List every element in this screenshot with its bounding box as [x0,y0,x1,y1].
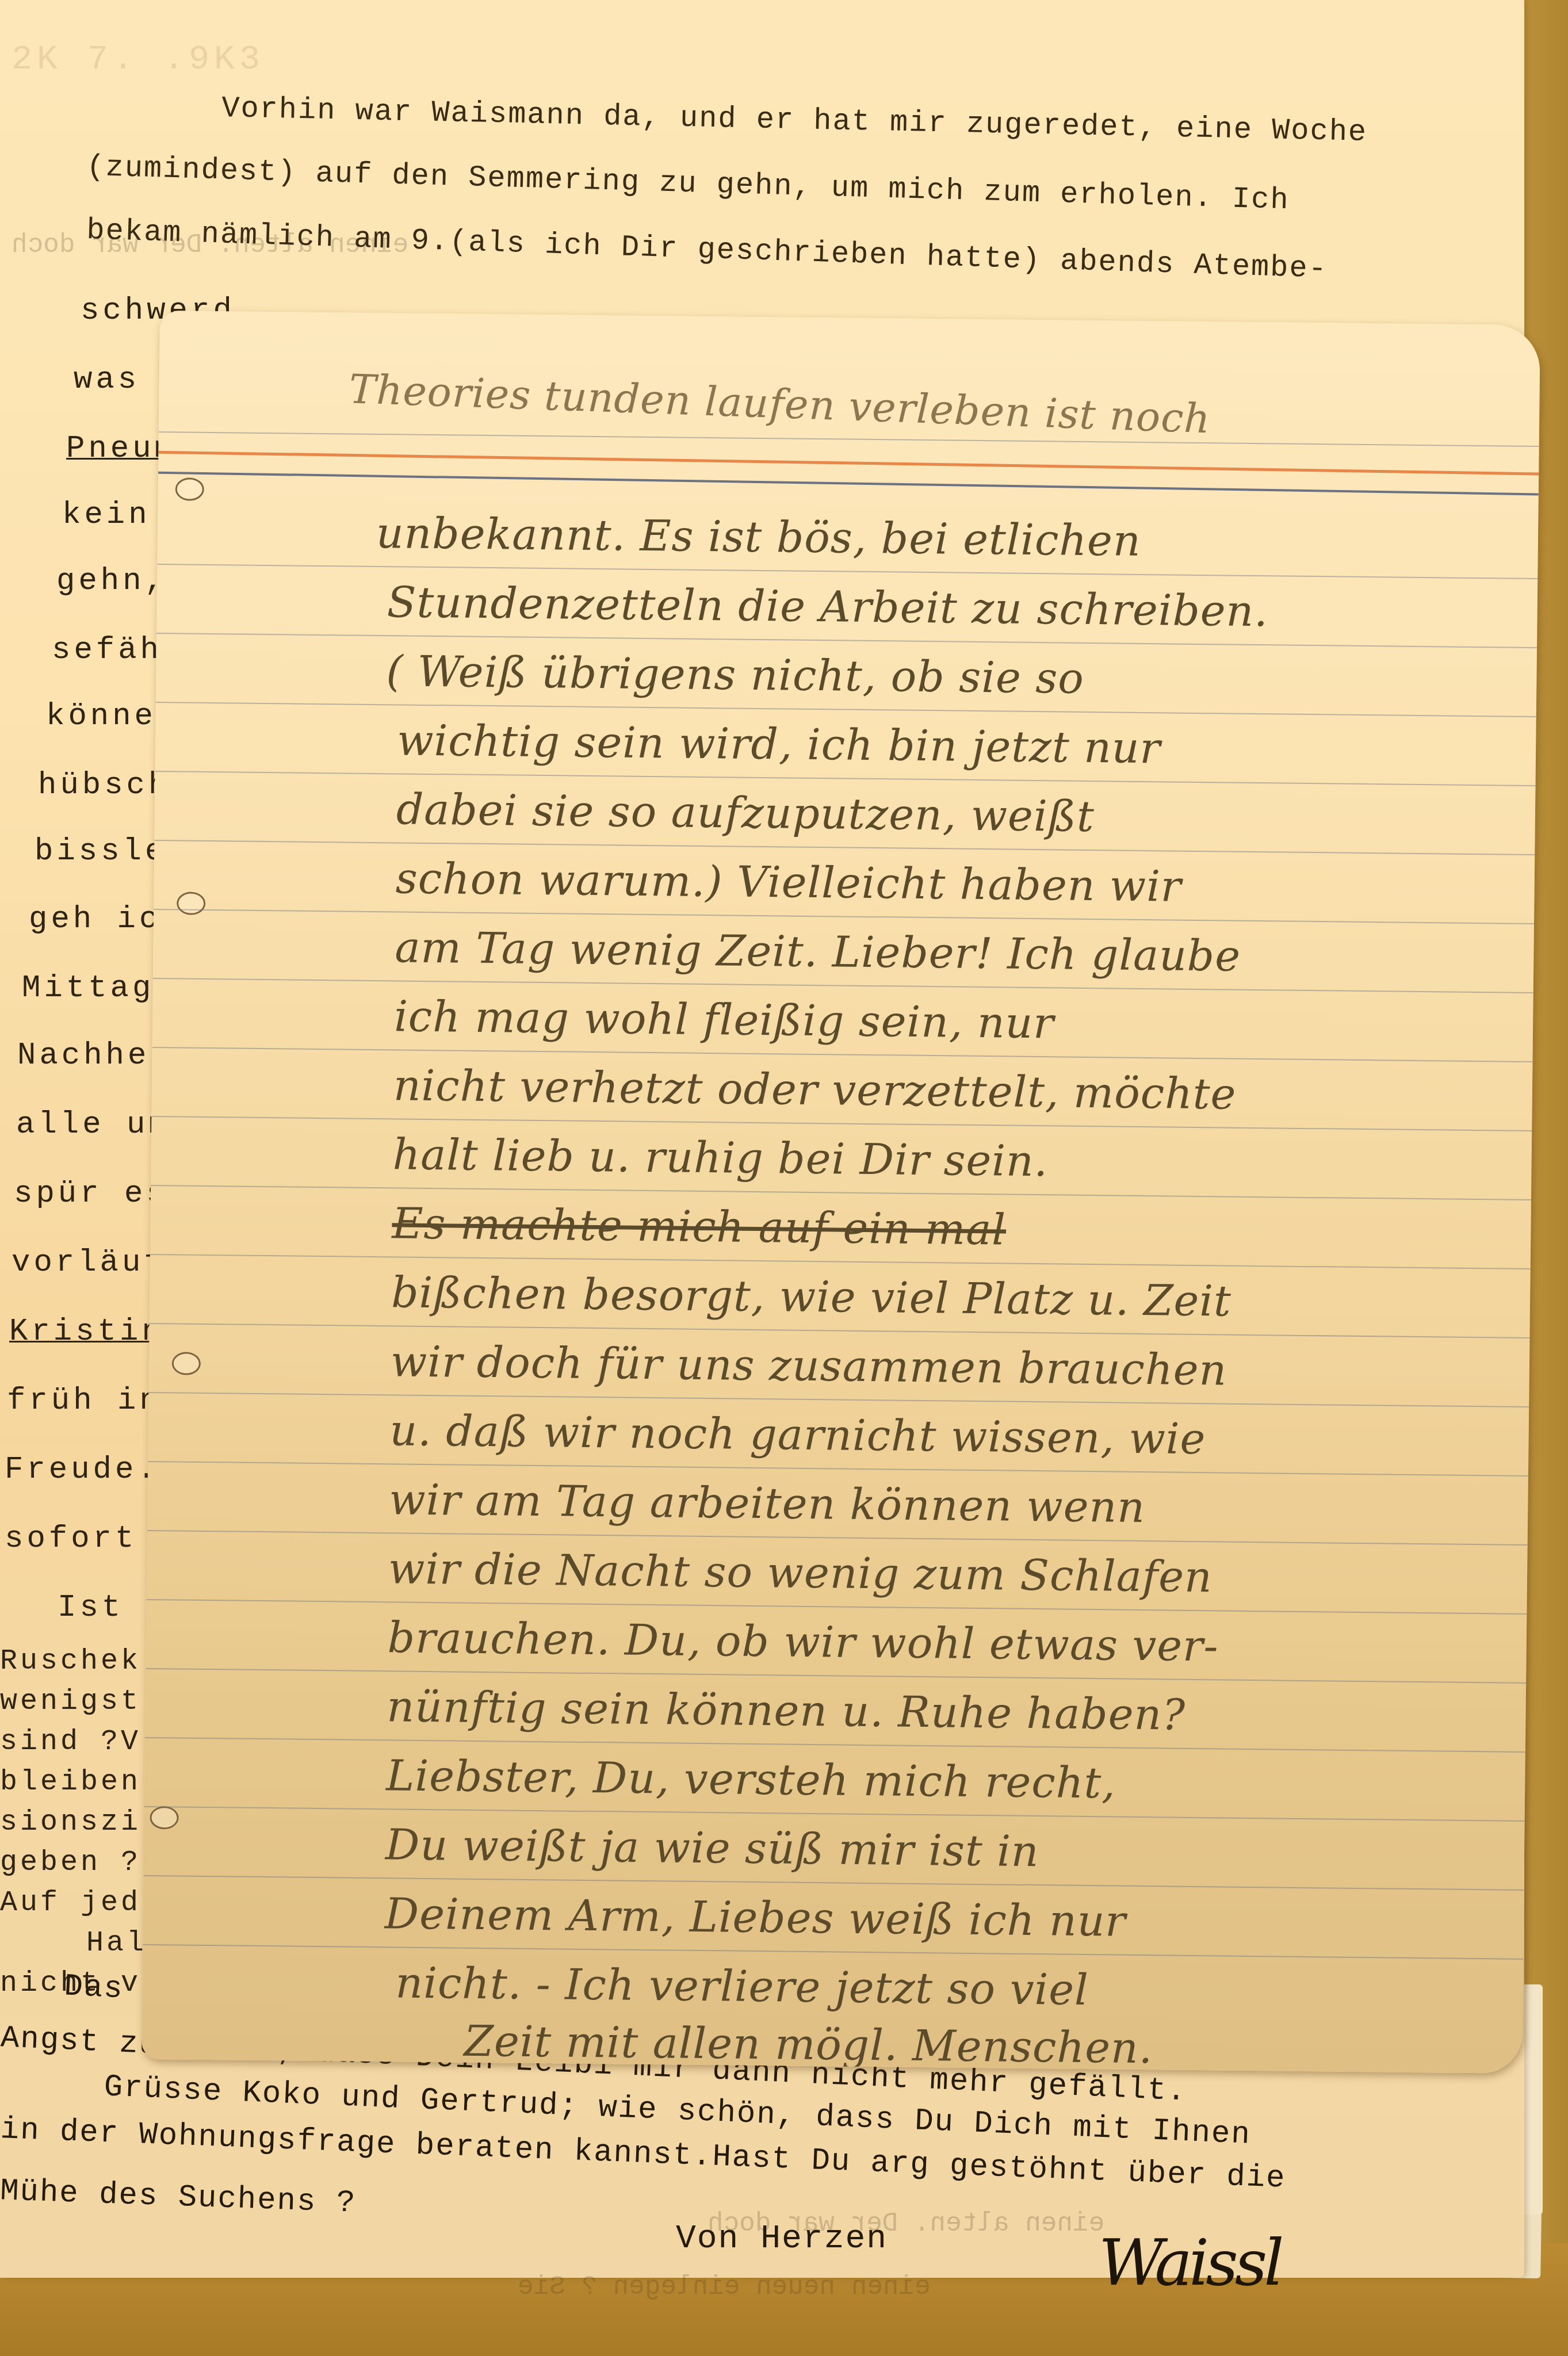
card-rule [144,1806,1525,1822]
card-line-3: ( Weiß übrigens nicht, ob sie so [386,647,1084,703]
typed-bottom-line-5: Mühe des Suchens ? [0,2174,357,2221]
card-line-7: am Tag wenig Zeit. Lieber! Ich glaube [395,923,1241,981]
left-fragment: Nachher [17,1038,172,1073]
card-line-21: Deinem Arm, Liebes weiß ich nur [384,1889,1126,1946]
left-fragment: Ruschek [0,1645,141,1678]
card-line-8: ich mag wohl fleißig sein, nur [394,992,1054,1048]
card-rule [148,1461,1528,1477]
left-fragment: hübsch [38,768,170,803]
left-fragment: wenigst [0,1685,141,1718]
left-fragment: sionszi [0,1806,141,1839]
typed-line-2-text: (zumindest) auf den Semmering zu gehn, u… [86,150,1290,217]
card-line-13: wir doch für uns zusammen brauchen [390,1337,1227,1395]
card-rule [147,1599,1527,1615]
card-line-15: wir am Tag arbeiten können wenn [389,1475,1145,1532]
card-rule [154,909,1534,924]
card-line-16: wir die Nacht so wenig zum Schlafen [388,1544,1213,1602]
card-header-line: Theories tunden laufen verleben ist noch [348,365,1211,442]
typed-line-1: Vorhin war Waismann da, und er hat mir z… [221,91,1368,150]
card-rule [151,1185,1531,1200]
handwritten-signature: Waissl [1099,2226,1280,2300]
left-fragment: sofort [5,1521,137,1556]
card-line-22: nicht. - Ich verliere jetzt so viel [395,1958,1089,2015]
card-red-margin-rule [158,451,1539,476]
card-line-10: halt lieb u. ruhig bei Dir sein. [392,1130,1048,1186]
card-rule [156,633,1537,648]
closing-text: Von Herzen [676,2220,888,2258]
card-line-12: bißchen besorgt, wie viel Platz u. Zeit [391,1268,1232,1326]
card-line-14: u. daß wir noch garnicht wissen, wie [389,1406,1206,1464]
bleed-through-text: einen alten. Der war doch [12,230,408,260]
card-rule [154,840,1535,855]
left-fragment-underlined: Kristin [9,1314,164,1349]
card-line-1: unbekannt. Es ist bös, bei etlichen [376,508,1142,566]
card-rule [146,1668,1526,1684]
card-line-9: nicht verhetzt oder verzettelt, möchte [393,1061,1236,1119]
card-line-11-struck: Es machte mich auf ein mal [392,1199,1007,1255]
punch-hole [177,892,205,915]
card-rule [155,771,1536,786]
punch-hole [175,477,204,501]
card-line-18: nünftig sein können u. Ruhe haben? [387,1682,1185,1740]
left-fragment: geben ? [0,1846,141,1879]
card-blue-margin-rule [158,472,1539,496]
card-rule [153,978,1533,993]
left-fragment: vorläuf [12,1245,166,1280]
left-fragment: bissle [35,834,167,869]
card-rule [148,1392,1529,1408]
typed-line-2: (zumindest) auf den Semmering zu gehn, u… [86,150,1290,217]
handwritten-card: Theories tunden laufen verleben ist noch… [141,311,1540,2074]
card-rule [143,1944,1523,1960]
card-rule [150,1254,1531,1269]
card-rule [147,1530,1528,1546]
card-rule [159,431,1539,447]
card-line-5: dabei sie so aufzuputzen, weißt [396,785,1095,842]
card-line-6: schon warum.) Vielleicht haben wir [395,854,1181,911]
left-fragment: sind ?V [0,1726,141,1758]
faint-header-mark: 2K 7. .9K3 [12,40,265,79]
card-rule [150,1323,1530,1338]
punch-hole [172,1352,201,1375]
bleed-through-text: einen neuen einlegen ? Sie [518,2272,931,2302]
left-fragment: bleiben [0,1766,141,1799]
card-line-17: brauchen. Du, ob wir wohl etwas ver- [387,1613,1219,1671]
card-line-2: Stundenzetteln die Arbeit zu schreiben. [387,577,1268,636]
card-line-20: Du weißt ja wie süß mir ist in [385,1820,1039,1876]
card-rule [152,1047,1533,1062]
left-fragment: Freude. [5,1452,159,1487]
card-rule [151,1116,1532,1131]
punch-hole [150,1806,178,1830]
card-rule [157,564,1538,579]
card-rule [156,702,1536,717]
left-fragment: früh in [7,1383,162,1418]
card-rule [143,1875,1524,1891]
left-fragment: alle um [16,1107,171,1142]
left-fragment: Hal [86,1927,147,1960]
card-rule [145,1737,1525,1753]
left-fragment: Ist [58,1590,124,1626]
left-fragment: Auf jed [0,1887,141,1919]
left-fragment: spür es [14,1176,169,1211]
card-line-19: Liebster, Du, versteh mich recht, [386,1751,1116,1808]
card-line-4: wichtig sein wird, ich bin jetzt nur [397,716,1161,773]
